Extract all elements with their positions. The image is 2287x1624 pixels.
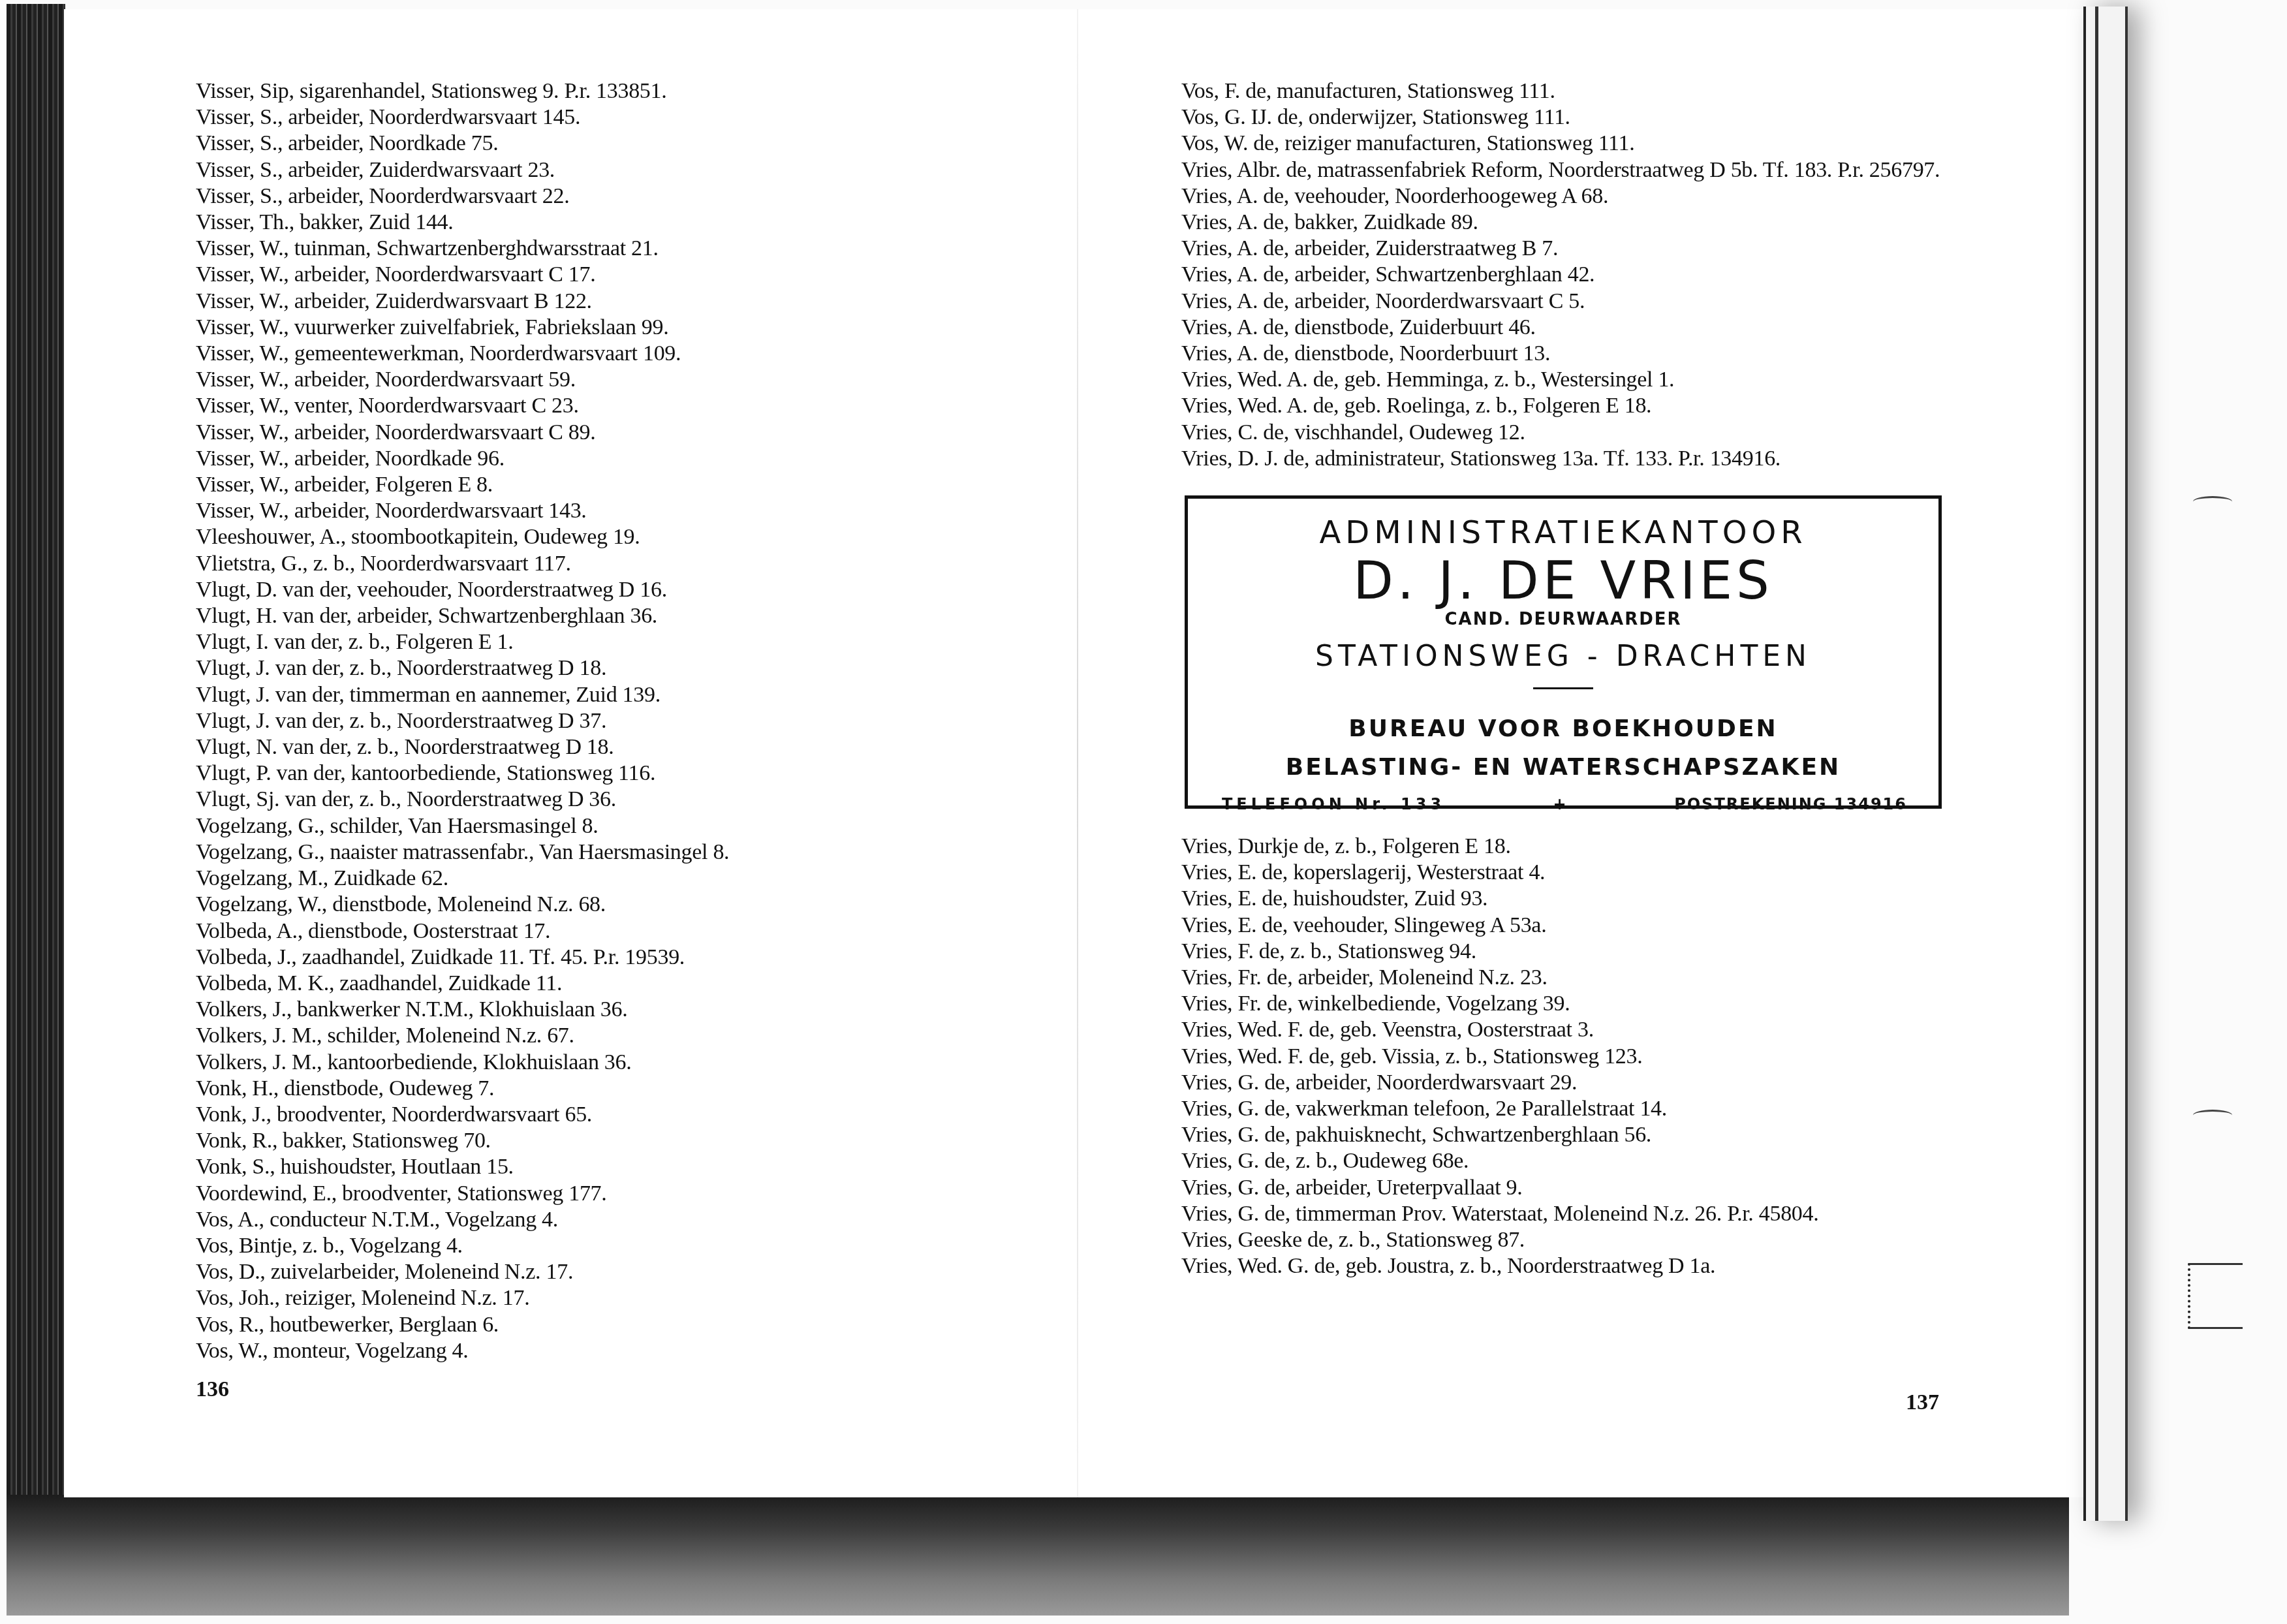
directory-entry: Volbeda, A., dienstbode, Oosterstraat 17… bbox=[196, 918, 992, 945]
directory-entry: Vries, G. de, timmerman Prov. Waterstaat… bbox=[1181, 1201, 1965, 1227]
page-137: Vos, F. de, manufacturen, Stationsweg 11… bbox=[1181, 78, 1965, 1280]
directory-entry: Vries, A. de, arbeider, Noorderdwarsvaar… bbox=[1181, 289, 1965, 315]
directory-entry: Vries, Albr. de, matrassenfabriek Reform… bbox=[1181, 157, 1965, 183]
directory-entry: Vogelzang, G., schilder, Van Haersmasing… bbox=[196, 813, 992, 839]
directory-entry: Visser, S., arbeider, Zuiderdwarsvaart 2… bbox=[196, 157, 992, 183]
book-bottom-shadow bbox=[7, 1495, 2069, 1616]
directory-entry: Vries, A. de, dienstbode, Zuiderbuurt 46… bbox=[1181, 315, 1965, 341]
directory-entry: Vries, F. de, z. b., Stationsweg 94. bbox=[1181, 939, 1965, 965]
advertisement-box: ADMINISTRATIEKANTOOR D. J. DE VRIES CAND… bbox=[1185, 495, 1942, 809]
directory-entry: Vlugt, H. van der, arbeider, Schwartzenb… bbox=[196, 603, 992, 629]
directory-entry: Volkers, J. M., schilder, Moleneind N.z.… bbox=[196, 1023, 992, 1049]
directory-entry: Vleeshouwer, A., stoombootkapitein, Oude… bbox=[196, 524, 992, 550]
directory-entry: Vries, G. de, z. b., Oudeweg 68e. bbox=[1181, 1148, 1965, 1174]
directory-entry: Vries, A. de, bakker, Zuidkade 89. bbox=[1181, 210, 1965, 236]
ad-service-bookkeeping: BUREAU VOOR BOEKHOUDEN bbox=[1188, 715, 1938, 742]
directory-entry: Vlietstra, G., z. b., Noorderdwarsvaart … bbox=[196, 551, 992, 577]
directory-entry: Vries, E. de, veehouder, Slingeweg A 53a… bbox=[1181, 913, 1965, 939]
directory-entry: Volkers, J., bankwerker N.T.M., Klokhuis… bbox=[196, 997, 992, 1023]
directory-entry: Voordewind, E., broodventer, Stationsweg… bbox=[196, 1181, 992, 1207]
book-right-page-edges bbox=[2083, 7, 2128, 1521]
ad-postrekening: POSTREKENING 134916 bbox=[1674, 795, 1907, 813]
directory-entry: Vonk, H., dienstbode, Oudeweg 7. bbox=[196, 1076, 992, 1102]
page-number-left: 136 bbox=[196, 1377, 229, 1402]
directory-entry: Vries, Fr. de, arbeider, Moleneind N.z. … bbox=[1181, 965, 1965, 991]
directory-entry: Vlugt, N. van der, z. b., Noorderstraatw… bbox=[196, 734, 992, 760]
directory-entry: Vries, A. de, arbeider, Schwartzenberghl… bbox=[1181, 262, 1965, 288]
page-number-right: 137 bbox=[1906, 1390, 1939, 1415]
ad-company-name: D. J. DE VRIES bbox=[1188, 552, 1938, 610]
directory-entry: Vlugt, Sj. van der, z. b., Noorderstraat… bbox=[196, 787, 992, 813]
directory-entry: Vonk, S., huishoudster, Houtlaan 15. bbox=[196, 1154, 992, 1180]
directory-entry: Vlugt, I. van der, z. b., Folgeren E 1. bbox=[196, 629, 992, 655]
directory-entry: Visser, W., arbeider, Noorderdwarsvaart … bbox=[196, 367, 992, 393]
directory-entry: Vos, Joh., reiziger, Moleneind N.z. 17. bbox=[196, 1285, 992, 1311]
directory-entry: Visser, W., arbeider, Noordkade 96. bbox=[196, 446, 992, 472]
directory-entry: Visser, Th., bakker, Zuid 144. bbox=[196, 210, 992, 236]
directory-entry: Vos, D., zuivelarbeider, Moleneind N.z. … bbox=[196, 1259, 992, 1285]
binder-ring-mark bbox=[2193, 1110, 2232, 1121]
directory-entry: Vries, G. de, pakhuisknecht, Schwartzenb… bbox=[1181, 1122, 1965, 1148]
directory-entry: Vries, G. de, arbeider, Ureterpvallaat 9… bbox=[1181, 1175, 1965, 1201]
directory-entry: Vries, C. de, vischhandel, Oudeweg 12. bbox=[1181, 420, 1965, 446]
directory-entry: Visser, W., arbeider, Zuiderdwarsvaart B… bbox=[196, 289, 992, 315]
directory-entry: Visser, S., arbeider, Noorderdwarsvaart … bbox=[196, 104, 992, 131]
ad-subtitle: CAND. DEURWAARDER bbox=[1188, 610, 1938, 629]
directory-entry: Vos, W. de, reiziger manufacturen, Stati… bbox=[1181, 131, 1965, 157]
directory-entry: Vos, Bintje, z. b., Vogelzang 4. bbox=[196, 1233, 992, 1259]
directory-entry: Vries, Durkje de, z. b., Folgeren E 18. bbox=[1181, 834, 1965, 860]
directory-entry: Vlugt, J. van der, z. b., Noorderstraatw… bbox=[196, 655, 992, 681]
directory-entry: Vos, F. de, manufacturen, Stationsweg 11… bbox=[1181, 78, 1965, 104]
directory-entry: Vos, W., monteur, Vogelzang 4. bbox=[196, 1338, 992, 1364]
directory-entry: Vries, Wed. A. de, geb. Hemminga, z. b.,… bbox=[1181, 367, 1965, 393]
ad-title: ADMINISTRATIEKANTOOR bbox=[1188, 514, 1938, 551]
directory-entry: Visser, W., arbeider, Noorderdwarsvaart … bbox=[196, 498, 992, 524]
ad-footer: TELEFOON Nr. 133 + POSTREKENING 134916 bbox=[1188, 795, 1938, 813]
ad-address: STATIONSWEG - DRACHTEN bbox=[1188, 640, 1938, 673]
book-gutter bbox=[1077, 9, 1078, 1497]
directory-entry: Vlugt, D. van der, veehouder, Noorderstr… bbox=[196, 577, 992, 603]
binder-ring-mark bbox=[2193, 496, 2232, 507]
directory-entry: Vries, G. de, vakwerkman telefoon, 2e Pa… bbox=[1181, 1096, 1965, 1122]
directory-entry: Vries, A. de, arbeider, Zuiderstraatweg … bbox=[1181, 236, 1965, 262]
page-136: Visser, Sip, sigarenhandel, Stationsweg … bbox=[196, 78, 992, 1364]
directory-entry: Vogelzang, W., dienstbode, Moleneind N.z… bbox=[196, 892, 992, 918]
directory-entry: Visser, W., venter, Noorderdwarsvaart C … bbox=[196, 393, 992, 419]
directory-entry: Vries, G. de, arbeider, Noorderdwarsvaar… bbox=[1181, 1070, 1965, 1096]
directory-entry: Vries, E. de, huishoudster, Zuid 93. bbox=[1181, 886, 1965, 912]
directory-entry: Vonk, J., broodventer, Noorderdwarsvaart… bbox=[196, 1102, 992, 1128]
directory-entry: Visser, Sip, sigarenhandel, Stationsweg … bbox=[196, 78, 992, 104]
ad-telephone: TELEFOON Nr. 133 bbox=[1222, 795, 1445, 813]
ad-service-tax: BELASTING- EN WATERSCHAPSZAKEN bbox=[1188, 754, 1938, 781]
directory-entry: Visser, W., arbeider, Noorderdwarsvaart … bbox=[196, 262, 992, 288]
directory-entry: Vries, Fr. de, winkelbediende, Vogelzang… bbox=[1181, 991, 1965, 1017]
directory-entry: Visser, W., vuurwerker zuivelfabriek, Fa… bbox=[196, 315, 992, 341]
directory-entry: Volkers, J. M., kantoorbediende, Klokhui… bbox=[196, 1050, 992, 1076]
directory-list-left: Visser, Sip, sigarenhandel, Stationsweg … bbox=[196, 78, 992, 1364]
directory-entry: Visser, W., arbeider, Folgeren E 8. bbox=[196, 472, 992, 498]
directory-entry: Visser, W., arbeider, Noorderdwarsvaart … bbox=[196, 420, 992, 446]
directory-entry: Vos, R., houtbewerker, Berglaan 6. bbox=[196, 1312, 992, 1338]
directory-entry: Vries, A. de, dienstbode, Noorderbuurt 1… bbox=[1181, 341, 1965, 367]
directory-entry: Vries, Wed. F. de, geb. Vissia, z. b., S… bbox=[1181, 1044, 1965, 1070]
directory-entry: Vlugt, P. van der, kantoorbediende, Stat… bbox=[196, 760, 992, 787]
directory-entry: Visser, S., arbeider, Noorderdwarsvaart … bbox=[196, 183, 992, 210]
ad-separator: + bbox=[1553, 795, 1566, 813]
directory-entry: Visser, S., arbeider, Noordkade 75. bbox=[196, 131, 992, 157]
ad-divider bbox=[1533, 687, 1593, 689]
directory-entry: Vlugt, J. van der, timmerman en aannemer… bbox=[196, 682, 992, 708]
directory-list-right-bottom: Vries, Durkje de, z. b., Folgeren E 18. … bbox=[1181, 834, 1965, 1279]
directory-entry: Vries, E. de, koperslagerij, Westerstraa… bbox=[1181, 860, 1965, 886]
directory-entry: Vos, G. IJ. de, onderwijzer, Stationsweg… bbox=[1181, 104, 1965, 131]
directory-entry: Vries, Wed. F. de, geb. Veenstra, Ooster… bbox=[1181, 1017, 1965, 1043]
directory-entry: Vlugt, J. van der, z. b., Noorderstraatw… bbox=[196, 708, 992, 734]
directory-entry: Vries, Wed. A. de, geb. Roelinga, z. b.,… bbox=[1181, 393, 1965, 419]
directory-entry: Vries, D. J. de, administrateur, Station… bbox=[1181, 446, 1965, 472]
directory-entry: Vonk, R., bakker, Stationsweg 70. bbox=[196, 1128, 992, 1154]
directory-entry: Volbeda, J., zaadhandel, Zuidkade 11. Tf… bbox=[196, 945, 992, 971]
directory-entry: Vries, A. de, veehouder, Noorderhoogeweg… bbox=[1181, 183, 1965, 210]
binder-clip-mark bbox=[2188, 1263, 2243, 1329]
directory-list-right-top: Vos, F. de, manufacturen, Stationsweg 11… bbox=[1181, 78, 1965, 472]
directory-entry: Vries, Wed. G. de, geb. Joustra, z. b., … bbox=[1181, 1253, 1965, 1279]
directory-entry: Volbeda, M. K., zaadhandel, Zuidkade 11. bbox=[196, 971, 992, 997]
directory-entry: Vos, A., conducteur N.T.M., Vogelzang 4. bbox=[196, 1207, 992, 1233]
directory-entry: Vogelzang, G., naaister matrassenfabr., … bbox=[196, 839, 992, 866]
directory-entry: Visser, W., tuinman, Schwartzenberghdwar… bbox=[196, 236, 992, 262]
book-left-page-edges bbox=[7, 4, 65, 1525]
directory-entry: Vries, Geeske de, z. b., Stationsweg 87. bbox=[1181, 1227, 1965, 1253]
directory-entry: Vogelzang, M., Zuidkade 62. bbox=[196, 866, 992, 892]
directory-entry: Visser, W., gemeentewerkman, Noorderdwar… bbox=[196, 341, 992, 367]
